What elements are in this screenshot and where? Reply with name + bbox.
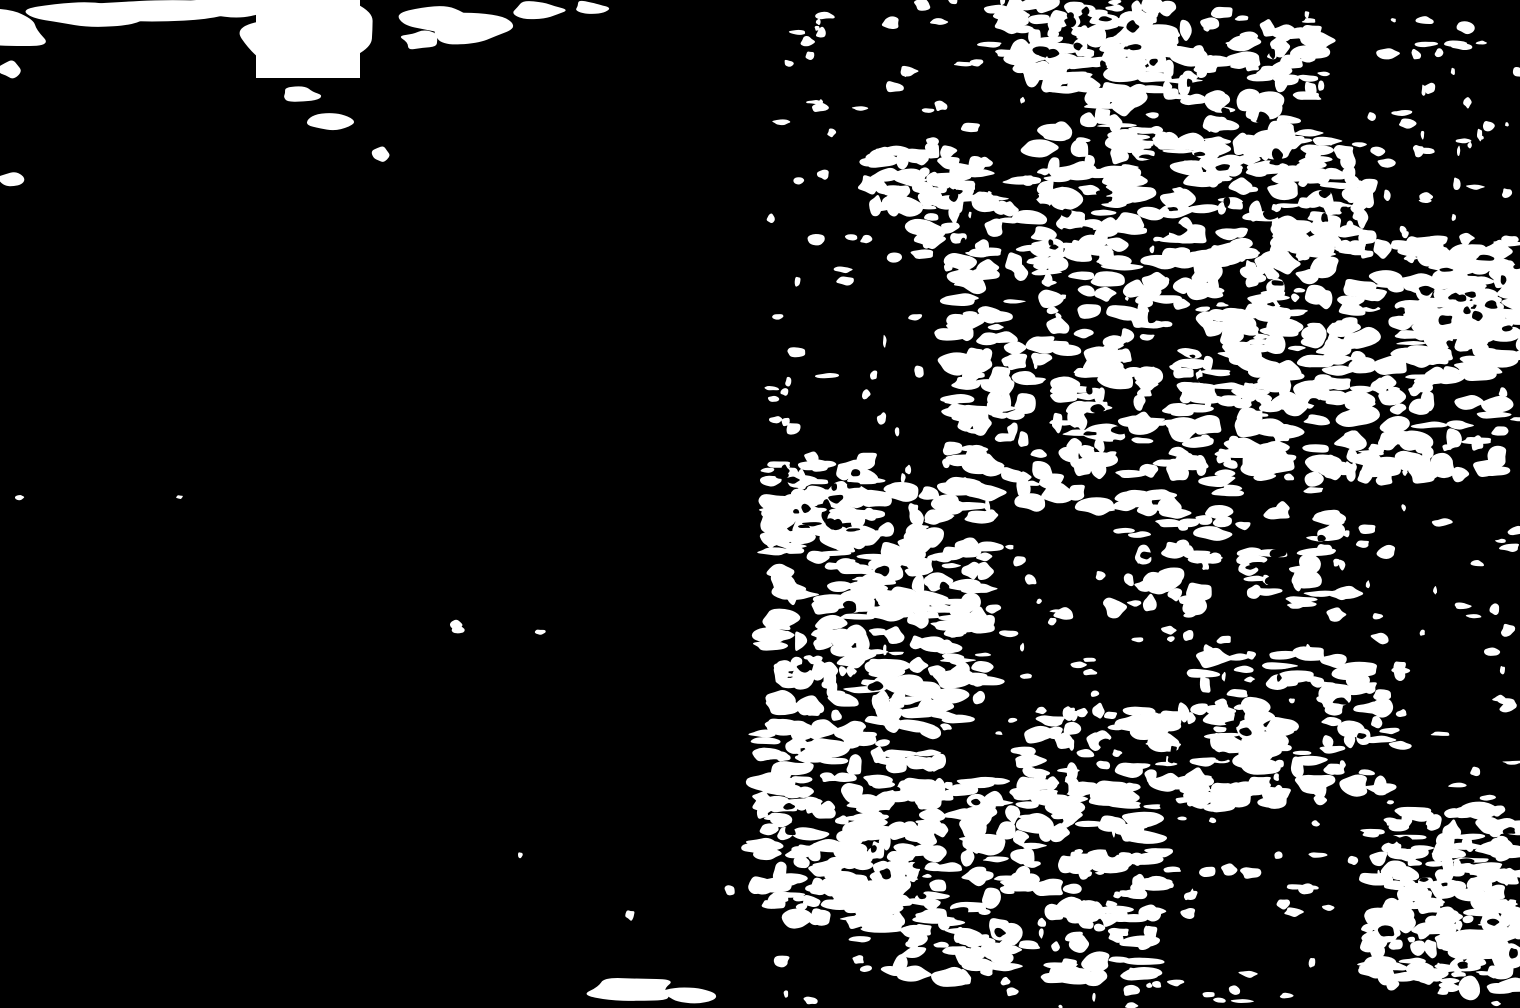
- texture-blob: [947, 455, 973, 466]
- texture-blob: [1188, 204, 1220, 213]
- texture-blob: [1391, 110, 1412, 116]
- texture-blob: [1083, 658, 1096, 662]
- texture-blob: [793, 177, 804, 184]
- texture-blob: [1491, 426, 1508, 435]
- texture-blob: [847, 482, 861, 489]
- texture-blob: [818, 758, 848, 765]
- texture-blob: [1104, 228, 1118, 237]
- texture-blob: [1505, 122, 1509, 126]
- texture-blob: [1297, 75, 1318, 82]
- texture-blob: [1164, 867, 1182, 873]
- texture-blob: [922, 874, 932, 878]
- texture-blob: [1402, 230, 1409, 238]
- texture-blob: [1373, 239, 1391, 259]
- texture-blob: [1200, 434, 1210, 443]
- texture-blob: [943, 442, 962, 456]
- texture-blob: [1288, 346, 1306, 351]
- texture-blob: [1096, 761, 1110, 770]
- texture-blob: [1470, 767, 1480, 776]
- texture-blob: [1177, 348, 1202, 359]
- texture-blob: [1095, 871, 1104, 874]
- texture-blob: [1115, 763, 1143, 778]
- texture-blob: [877, 412, 886, 424]
- texture-blob: [1463, 97, 1472, 108]
- texture-blob: [1135, 295, 1153, 307]
- texture-blob: [1378, 158, 1396, 167]
- texture-blob: [1155, 762, 1177, 766]
- texture-blob: [1038, 290, 1064, 308]
- texture-blob: [1015, 754, 1047, 768]
- texture-blob: [1289, 566, 1308, 574]
- texture-blob: [1028, 14, 1050, 24]
- texture-blob: [1399, 958, 1426, 964]
- texture-blob: [1100, 197, 1113, 203]
- texture-blob: [1112, 827, 1116, 837]
- texture-blob: [1483, 121, 1495, 131]
- texture-blob: [1451, 68, 1455, 75]
- texture-blob: [1234, 666, 1254, 673]
- texture-blob: [1263, 195, 1272, 206]
- texture-blob: [1487, 446, 1506, 468]
- texture-blob: [1508, 526, 1520, 535]
- texture-blob: [817, 170, 829, 180]
- texture-blob: [1235, 522, 1250, 530]
- texture-blob: [1080, 112, 1097, 127]
- texture-blob: [798, 461, 836, 470]
- texture-blob: [1091, 271, 1125, 286]
- texture-blob: [1025, 574, 1037, 584]
- texture-block: [256, 0, 360, 78]
- texture-blob: [1227, 689, 1248, 697]
- texture-blob: [914, 0, 930, 11]
- texture-blob: [1096, 571, 1106, 580]
- texture-blob: [1501, 624, 1515, 637]
- texture-blob: [1446, 420, 1474, 429]
- texture-blob: [1112, 749, 1122, 757]
- texture-blob: [1125, 830, 1167, 844]
- texture-blob: [1231, 398, 1251, 408]
- texture-blob: [513, 1, 565, 19]
- texture-blob: [995, 731, 1002, 735]
- texture-blob: [888, 652, 904, 656]
- texture-blob: [1424, 443, 1431, 449]
- texture-blob: [1389, 741, 1412, 750]
- texture-blob: [1425, 83, 1436, 94]
- texture-blob: [1120, 328, 1134, 344]
- texture-blob: [1457, 146, 1460, 156]
- texture-blob: [924, 213, 938, 221]
- texture-blob: [920, 725, 942, 739]
- texture-blob: [1319, 746, 1345, 754]
- texture-blob: [1211, 382, 1247, 389]
- texture-blob: [828, 693, 859, 706]
- texture-blob: [1030, 449, 1046, 458]
- texture-blob: [1140, 334, 1155, 341]
- texture-blob: [1157, 204, 1193, 218]
- texture-blob: [1419, 825, 1428, 835]
- texture-blob: [983, 856, 1009, 862]
- texture-blob: [860, 235, 872, 243]
- texture-blob: [1092, 993, 1095, 1002]
- texture-blob: [1052, 413, 1062, 434]
- texture-blob: [1370, 147, 1385, 157]
- texture-blob: [307, 113, 354, 130]
- texture-blob: [1218, 197, 1243, 203]
- texture-blob: [908, 314, 922, 320]
- texture-blob: [784, 990, 788, 997]
- texture-blob: [908, 612, 911, 620]
- texture-blob: [792, 827, 830, 840]
- texture-blob: [806, 52, 815, 60]
- texture-blob: [862, 920, 902, 931]
- texture-blob: [1435, 48, 1444, 57]
- texture-blob: [951, 907, 969, 919]
- texture-blob: [767, 461, 790, 467]
- texture-blob: [960, 593, 981, 611]
- texture-blob: [1020, 643, 1024, 652]
- texture-blob: [820, 551, 851, 556]
- texture-blob: [1240, 867, 1261, 879]
- texture-blob: [1039, 928, 1044, 938]
- texture-blob: [1183, 630, 1193, 641]
- texture-blob: [1138, 117, 1145, 127]
- texture-blob: [787, 587, 798, 605]
- texture-blob: [1066, 438, 1082, 451]
- texture-blob: [1235, 15, 1249, 20]
- texture-blob: [1352, 142, 1367, 147]
- texture-blob: [1456, 138, 1472, 143]
- texture-blob: [1001, 977, 1011, 985]
- texture-blob: [1401, 504, 1406, 511]
- texture-blob: [787, 347, 805, 357]
- texture-blob: [1159, 509, 1192, 519]
- texture-blob: [982, 888, 1001, 909]
- texture-blob: [1301, 338, 1325, 349]
- texture-blob: [1242, 383, 1253, 392]
- texture-blob: [940, 723, 952, 730]
- texture-blob: [1396, 709, 1407, 717]
- texture-blob: [1495, 539, 1506, 543]
- texture-blob: [948, 0, 957, 4]
- texture-blob: [1366, 580, 1370, 588]
- texture-blob: [1152, 981, 1161, 988]
- texture-blob: [1221, 863, 1237, 875]
- texture-blob: [1133, 394, 1145, 410]
- texture-blob: [1247, 585, 1261, 599]
- texture-blob: [1146, 983, 1152, 988]
- texture-blob: [774, 956, 790, 968]
- texture-blob: [1470, 560, 1484, 566]
- texture-blob: [1205, 705, 1236, 714]
- texture-blob: [1064, 722, 1082, 735]
- texture-blob: [1248, 777, 1271, 787]
- texture-blob: [1258, 413, 1268, 417]
- texture-blob: [1178, 525, 1188, 531]
- texture-blob: [780, 388, 788, 396]
- texture-blob: [1005, 252, 1022, 274]
- texture-blob: [1199, 867, 1215, 877]
- texture-blob: [1092, 703, 1105, 719]
- texture-blob: [1384, 190, 1391, 201]
- texture-blob: [1213, 998, 1226, 1003]
- texture-blob: [789, 30, 805, 35]
- texture-blob: [1167, 636, 1175, 642]
- texture-blob: [1502, 188, 1512, 198]
- texture-blob: [875, 739, 890, 746]
- texture-blob: [954, 62, 972, 67]
- texture-blob: [1267, 180, 1298, 200]
- texture-blob: [1131, 437, 1153, 443]
- texture-blob: [1200, 676, 1211, 693]
- texture-blob: [1466, 185, 1485, 190]
- texture-blob: [914, 366, 923, 378]
- texture-blob: [772, 314, 783, 320]
- texture-blob: [1075, 497, 1114, 516]
- texture-blob: [1326, 607, 1346, 621]
- texture-blob: [1484, 648, 1500, 656]
- texture-blob: [1408, 937, 1416, 943]
- texture-blob: [860, 965, 872, 972]
- texture-blob: [1075, 821, 1104, 827]
- texture-blob: [1143, 804, 1160, 809]
- texture-blob: [1513, 67, 1520, 77]
- texture-blob: [1425, 861, 1442, 867]
- texture-blob: [1477, 411, 1512, 418]
- texture-blob: [1215, 447, 1259, 458]
- texture-blob: [942, 563, 961, 568]
- texture-blob: [1177, 817, 1186, 821]
- texture-blob: [1123, 958, 1165, 965]
- texture-blob: [922, 108, 935, 113]
- texture-blob: [934, 101, 947, 111]
- texture-blob: [1313, 137, 1343, 146]
- texture-blob: [1005, 545, 1013, 550]
- texture-blob: [1025, 336, 1054, 354]
- texture-blob: [1412, 49, 1422, 60]
- texture-blob: [284, 86, 321, 101]
- texture-blob: [1007, 987, 1019, 996]
- texture-blob: [911, 249, 934, 259]
- texture-blob: [912, 574, 924, 593]
- texture-blob: [967, 867, 986, 887]
- texture-blob: [1510, 417, 1520, 421]
- texture-blob: [1312, 820, 1320, 826]
- texture-blob: [1083, 669, 1097, 675]
- texture-blob: [1380, 416, 1410, 434]
- texture-blob: [831, 710, 842, 721]
- texture-blob: [1500, 666, 1505, 674]
- texture-blob: [1502, 761, 1520, 765]
- texture-blob: [1489, 865, 1500, 877]
- texture-blob: [1096, 256, 1112, 264]
- texture-blob: [1044, 436, 1060, 440]
- texture-blob: [1421, 131, 1425, 140]
- texture-blob: [1136, 878, 1173, 891]
- texture-blob: [1396, 341, 1426, 345]
- texture-blob: [1355, 207, 1368, 229]
- texture-blob: [1480, 795, 1496, 801]
- texture-blob: [1497, 698, 1516, 705]
- texture-blob: [1146, 112, 1159, 118]
- texture-blob: [1076, 708, 1088, 717]
- texture-blob: [1213, 681, 1228, 686]
- texture-blob: [1296, 269, 1319, 284]
- texture-blob: [1228, 177, 1252, 195]
- texture-blob: [1068, 271, 1094, 280]
- texture-blob: [1070, 662, 1086, 669]
- texture-blob: [1457, 21, 1475, 34]
- texture-blob: [1300, 144, 1334, 155]
- texture-blob: [1032, 769, 1050, 776]
- texture-blob: [938, 920, 950, 931]
- texture-blob: [1379, 728, 1399, 734]
- texture-blob: [1303, 487, 1323, 493]
- texture-blob: [1201, 370, 1231, 377]
- texture-blob: [896, 154, 909, 169]
- texture-blob: [882, 16, 899, 29]
- texture-blob: [960, 238, 968, 251]
- texture-blob: [1289, 698, 1295, 703]
- texture-blob: [1209, 818, 1216, 824]
- texture-blob: [782, 909, 813, 929]
- texture-blob: [1161, 328, 1174, 333]
- texture-blob: [1452, 214, 1456, 221]
- texture-blob: [1274, 851, 1282, 858]
- texture-blob: [1489, 603, 1499, 615]
- texture-blob: [803, 997, 817, 1005]
- texture-blob: [940, 296, 975, 306]
- texture-blob: [1432, 518, 1453, 526]
- texture-blob: [1238, 971, 1257, 978]
- texture-blob: [1273, 773, 1278, 781]
- texture-blob: [869, 195, 882, 216]
- texture-blob: [576, 1, 609, 14]
- texture-blob: [1305, 82, 1317, 94]
- texture-blob: [1264, 269, 1279, 280]
- texture-blob: [768, 396, 779, 402]
- texture-blob: [1437, 988, 1448, 995]
- texture-blob: [815, 12, 835, 19]
- texture-blob: [1006, 354, 1027, 370]
- texture-blob: [1123, 985, 1140, 996]
- texture-blob: [905, 465, 911, 475]
- texture-blob: [1231, 999, 1254, 1003]
- texture-blob: [1074, 329, 1094, 339]
- texture-blob: [1167, 980, 1184, 987]
- texture-blob: [785, 826, 796, 835]
- texture-blob: [1077, 304, 1101, 319]
- texture-blob: [757, 756, 774, 760]
- texture-blob: [1020, 97, 1025, 104]
- texture-blob: [1088, 198, 1097, 202]
- texture-blob: [1211, 7, 1233, 18]
- texture-blob: [1067, 739, 1074, 751]
- texture-blob: [1143, 594, 1157, 612]
- texture-blob: [1269, 651, 1301, 660]
- texture-blob: [1113, 528, 1135, 534]
- texture-blob: [1413, 145, 1424, 157]
- texture-blob: [796, 903, 808, 910]
- texture-blob: [940, 394, 974, 403]
- texture-blob: [930, 18, 948, 25]
- texture-blob: [1376, 48, 1400, 59]
- texture-blob: [1131, 637, 1143, 642]
- texture-blob: [1222, 672, 1226, 682]
- texture-blob: [1451, 972, 1466, 977]
- texture-blob: [808, 234, 825, 245]
- texture-blob: [661, 988, 716, 1004]
- texture-blob: [751, 737, 781, 744]
- texture-blob: [1410, 940, 1426, 955]
- texture-blob: [1051, 941, 1060, 951]
- texture-blob: [1213, 726, 1226, 732]
- texture-blob: [795, 631, 807, 650]
- texture-blob: [1112, 440, 1122, 446]
- texture-blob: [902, 947, 926, 958]
- texture-blob: [961, 123, 980, 132]
- texture-blob: [1440, 430, 1447, 437]
- texture-blob: [1195, 306, 1210, 311]
- texture-blob: [1367, 112, 1376, 121]
- texture-blob: [1415, 42, 1439, 47]
- texture-blob: [1150, 245, 1155, 253]
- texture-blob: [1296, 600, 1317, 607]
- texture-blob: [959, 222, 977, 228]
- texture-blob: [886, 81, 904, 92]
- texture-blob: [916, 525, 929, 529]
- texture-blob: [1454, 395, 1484, 410]
- texture-blob: [1373, 355, 1407, 374]
- texture-blob: [1338, 560, 1345, 571]
- texture-blob: [795, 277, 801, 287]
- texture-blob: [815, 373, 839, 378]
- texture-blob: [1340, 207, 1348, 213]
- texture-blob: [887, 253, 902, 263]
- texture-blob: [1455, 602, 1472, 609]
- texture-blob: [1078, 285, 1096, 296]
- texture-blob: [901, 473, 906, 483]
- texture-blob: [831, 483, 837, 490]
- texture-blob: [1193, 526, 1232, 541]
- texture-blob: [1019, 940, 1041, 949]
- texture-blob: [1173, 368, 1194, 379]
- texture-blob: [1035, 204, 1050, 212]
- texture-blob: [1294, 731, 1300, 736]
- texture-blob: [1079, 871, 1089, 879]
- texture-blob: [1295, 756, 1328, 766]
- texture-blob: [1196, 563, 1203, 571]
- texture-blob: [1013, 556, 1026, 566]
- texture-blob: [975, 653, 991, 657]
- texture-blob: [1369, 852, 1387, 867]
- texture-blob: [1215, 469, 1236, 477]
- texture-blob: [1180, 20, 1192, 41]
- texture-blob: [1391, 18, 1396, 22]
- texture-blob: [1104, 712, 1117, 719]
- texture-blob: [753, 848, 782, 860]
- texture-blob: [1431, 732, 1450, 736]
- texture-blob: [1036, 715, 1066, 726]
- texture-blob: [1415, 16, 1433, 24]
- texture-blob: [1499, 387, 1508, 396]
- texture-blob: [844, 625, 867, 644]
- texture-blob: [1442, 444, 1451, 451]
- texture-blob: [933, 942, 948, 948]
- texture-blob: [1244, 676, 1255, 682]
- texture-blob: [1304, 719, 1320, 730]
- texture-blob: [1019, 451, 1025, 457]
- texture-blob: [843, 601, 856, 614]
